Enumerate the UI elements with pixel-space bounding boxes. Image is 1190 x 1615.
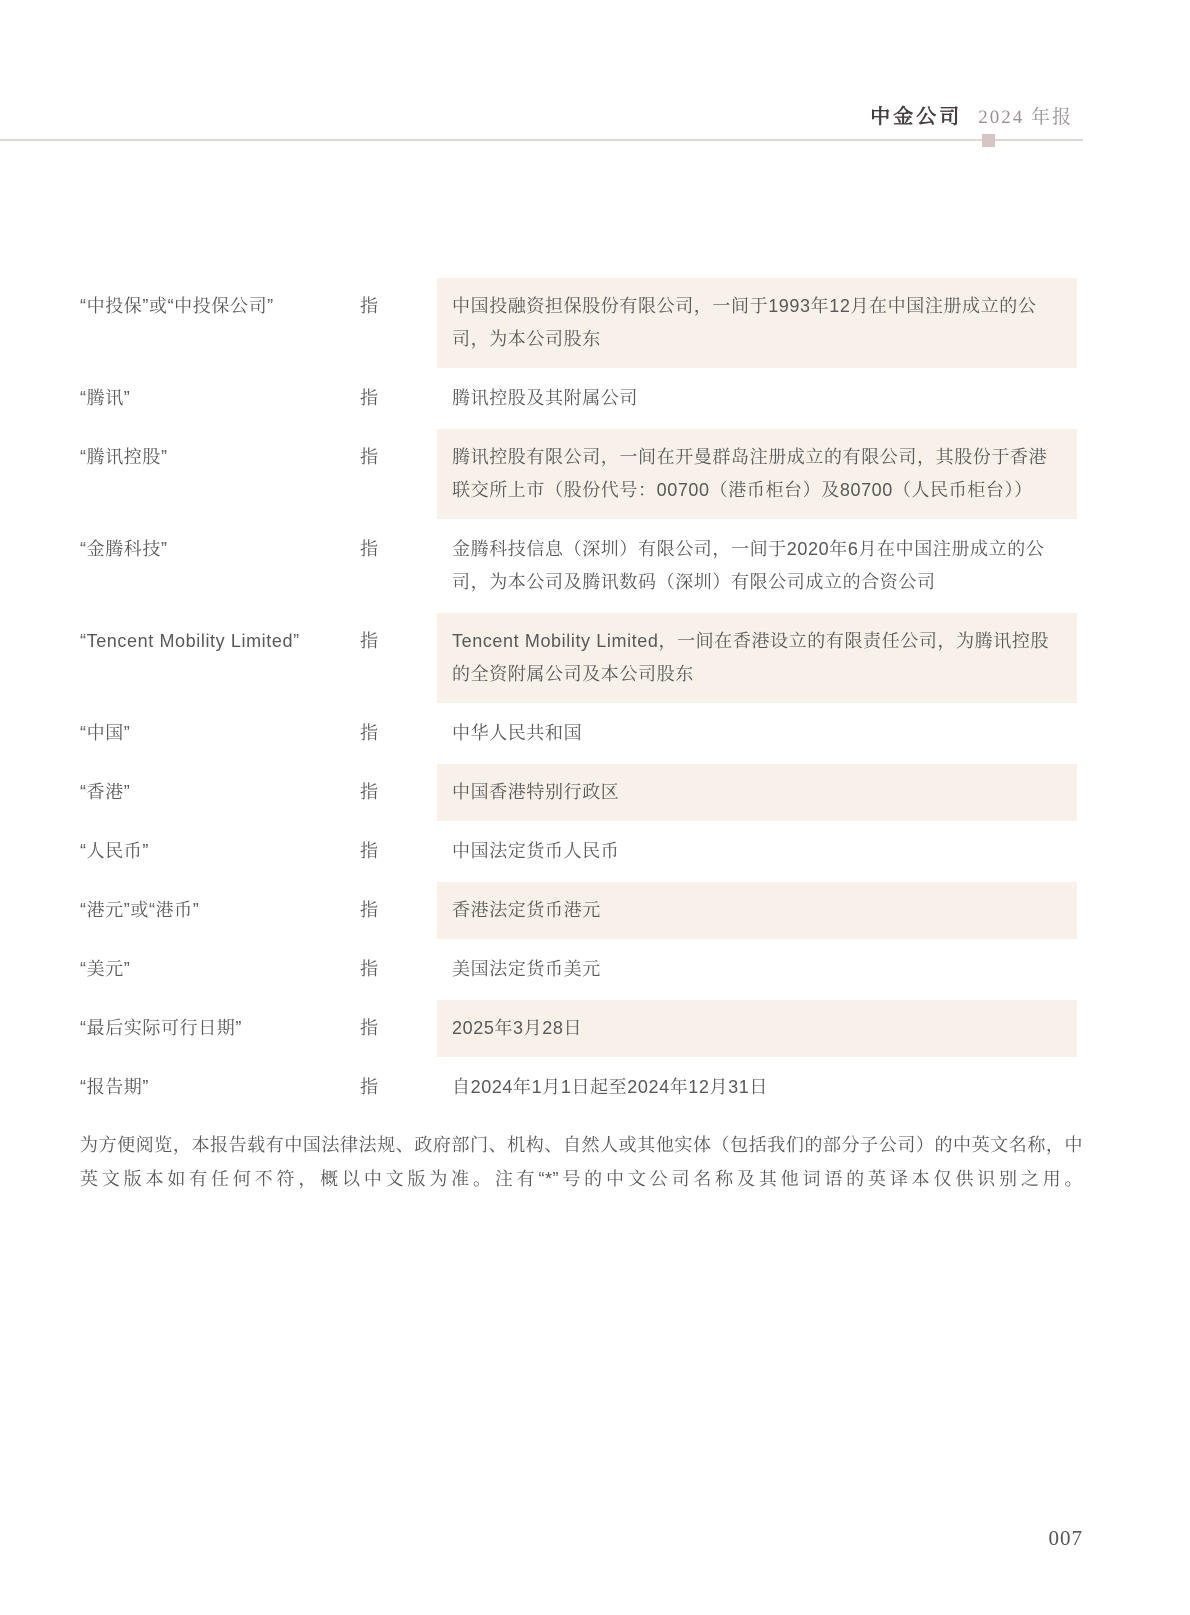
- mean-cell: 指: [360, 835, 437, 868]
- definition-cell: 中国香港特别行政区: [437, 764, 1077, 821]
- definition-row: “腾讯” 指 腾讯控股及其附属公司: [80, 382, 1077, 415]
- footnote-paragraph: 为方便阅览，本报告载有中国法律法规、政府部门、机构、自然人或其他实体（包括我们的…: [80, 1128, 1083, 1196]
- definition-cell: 美国法定货币美元: [437, 953, 1077, 986]
- definition-cell: 2025年3月28日: [437, 1000, 1077, 1057]
- definitions-table: “中投保”或“中投保公司” 指 中国投融资担保股份有限公司，一间于1993年12…: [80, 278, 1077, 1104]
- page-number: 007: [0, 1526, 1083, 1551]
- mean-cell: 指: [360, 613, 437, 703]
- definition-cell: 中国法定货币人民币: [437, 835, 1077, 868]
- definition-row: “中投保”或“中投保公司” 指 中国投融资担保股份有限公司，一间于1993年12…: [80, 278, 1077, 368]
- mean-cell: 指: [360, 533, 437, 599]
- mean-cell: 指: [360, 1071, 437, 1104]
- term-cell: “最后实际可行日期”: [80, 1000, 360, 1057]
- term-cell: “中投保”或“中投保公司”: [80, 278, 360, 368]
- company-name: 中金公司: [870, 100, 962, 129]
- term-cell: “Tencent Mobility Limited”: [80, 613, 360, 703]
- report-page: 中金公司 2024 年报 “中投保”或“中投保公司” 指 中国投融资担保股份有限…: [0, 0, 1190, 1615]
- mean-cell: 指: [360, 1000, 437, 1057]
- definition-row: “人民币” 指 中国法定货币人民币: [80, 835, 1077, 868]
- definition-row: “最后实际可行日期” 指 2025年3月28日: [80, 1000, 1077, 1057]
- definition-row: “腾讯控股” 指 腾讯控股有限公司，一间在开曼群岛注册成立的有限公司，其股份于香…: [80, 429, 1077, 519]
- mean-cell: 指: [360, 717, 437, 750]
- definition-row: “报告期” 指 自2024年1月1日起至2024年12月31日: [80, 1071, 1077, 1104]
- mean-cell: 指: [360, 764, 437, 821]
- definition-cell: 金腾科技信息（深圳）有限公司，一间于2020年6月在中国注册成立的公司，为本公司…: [437, 533, 1077, 599]
- definition-cell: Tencent Mobility Limited，一间在香港设立的有限责任公司，…: [437, 613, 1077, 703]
- definition-row: “美元” 指 美国法定货币美元: [80, 953, 1077, 986]
- definition-row: “中国” 指 中华人民共和国: [80, 717, 1077, 750]
- term-cell: “报告期”: [80, 1071, 360, 1104]
- mean-cell: 指: [360, 953, 437, 986]
- definition-cell: 香港法定货币港元: [437, 882, 1077, 939]
- definition-cell: 腾讯控股有限公司，一间在开曼群岛注册成立的有限公司，其股份于香港联交所上市（股份…: [437, 429, 1077, 519]
- header-divider: [0, 139, 1083, 141]
- definition-row: “金腾科技” 指 金腾科技信息（深圳）有限公司，一间于2020年6月在中国注册成…: [80, 533, 1077, 599]
- term-cell: “香港”: [80, 764, 360, 821]
- term-cell: “腾讯控股”: [80, 429, 360, 519]
- mean-cell: 指: [360, 278, 437, 368]
- term-cell: “中国”: [80, 717, 360, 750]
- definition-row: “港元”或“港币” 指 香港法定货币港元: [80, 882, 1077, 939]
- definition-cell: 自2024年1月1日起至2024年12月31日: [437, 1071, 1077, 1104]
- page-header: 中金公司 2024 年报: [0, 100, 1073, 129]
- definition-cell: 中华人民共和国: [437, 717, 1077, 750]
- definition-row: “香港” 指 中国香港特别行政区: [80, 764, 1077, 821]
- definition-cell: 中国投融资担保股份有限公司，一间于1993年12月在中国注册成立的公司，为本公司…: [437, 278, 1077, 368]
- report-edition: 2024 年报: [978, 102, 1073, 129]
- mean-cell: 指: [360, 382, 437, 415]
- mean-cell: 指: [360, 882, 437, 939]
- term-cell: “腾讯”: [80, 382, 360, 415]
- header-divider-square: [982, 134, 995, 147]
- definition-row: “Tencent Mobility Limited” 指 Tencent Mob…: [80, 613, 1077, 703]
- term-cell: “金腾科技”: [80, 533, 360, 599]
- term-cell: “人民币”: [80, 835, 360, 868]
- term-cell: “港元”或“港币”: [80, 882, 360, 939]
- term-cell: “美元”: [80, 953, 360, 986]
- mean-cell: 指: [360, 429, 437, 519]
- definition-cell: 腾讯控股及其附属公司: [437, 382, 1077, 415]
